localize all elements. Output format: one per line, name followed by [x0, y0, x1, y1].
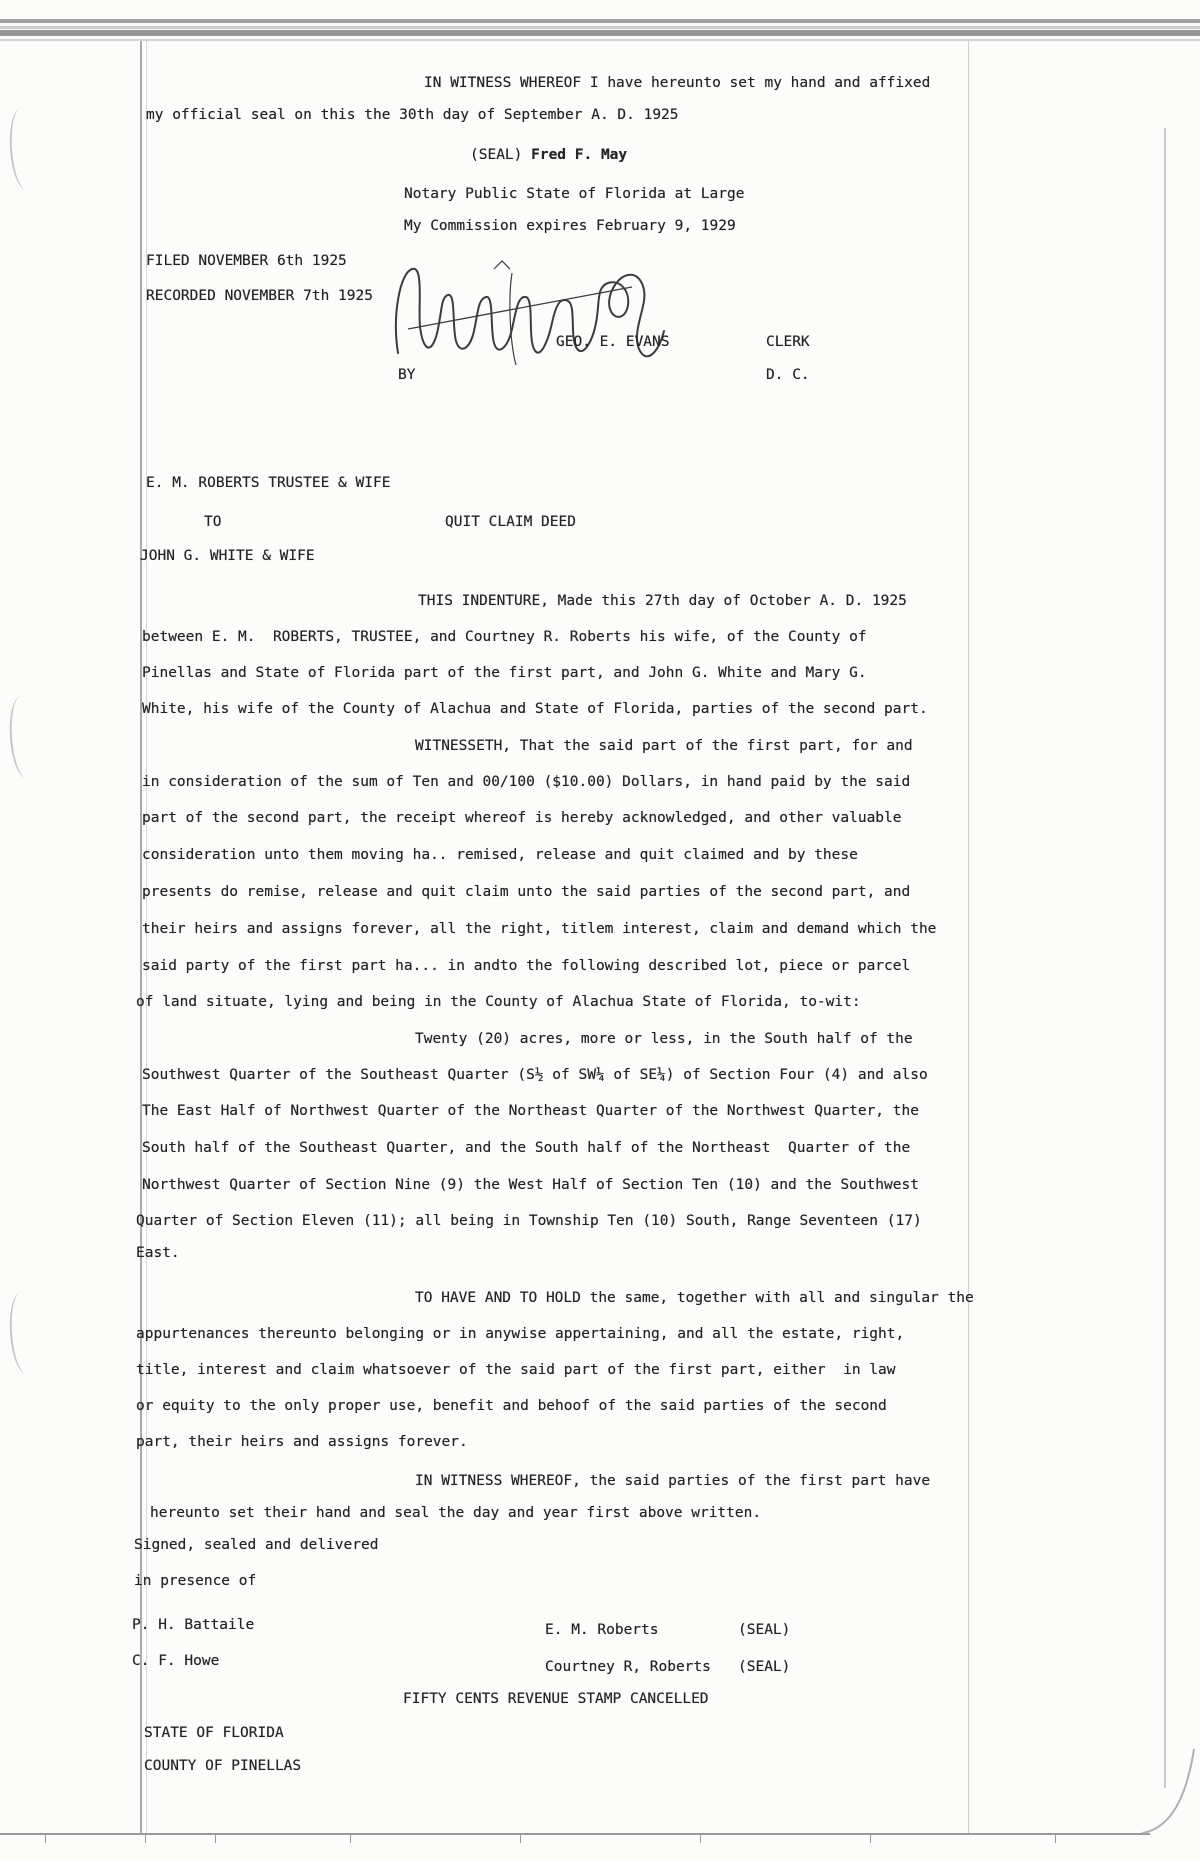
- page-curl-corner: [1140, 1745, 1200, 1837]
- deed-body-line: their heirs and assigns forever, all the…: [142, 920, 936, 938]
- deed-record-page: IN WITNESS WHEREOF I have hereunto set m…: [0, 0, 1200, 1860]
- deed-body-line: Quarter of Section Eleven (11); all bein…: [136, 1212, 922, 1230]
- bottom-tick: [350, 1835, 351, 1843]
- deed-body-line: part, their heirs and assigns forever.: [136, 1433, 468, 1451]
- deed-body-line: The East Half of Northwest Quarter of th…: [142, 1102, 919, 1120]
- notary-name: Fred F. May: [531, 147, 627, 163]
- top-rule-2: [0, 30, 1200, 36]
- document-title: QUIT CLAIM DEED: [445, 513, 576, 531]
- bottom-tick: [45, 1835, 46, 1843]
- deed-body-line: East.: [136, 1244, 180, 1262]
- deed-body-line: WITNESSETH, That the said part of the fi…: [415, 737, 913, 755]
- deed-body-line: consideration unto them moving ha.. remi…: [142, 846, 858, 864]
- filed-date-line: FILED NOVEMBER 6th 1925: [146, 252, 347, 270]
- caption-to: TO: [204, 513, 221, 531]
- clerk-name: GEO. E. EVANS: [556, 333, 670, 351]
- notary-line-5: My Commission expires February 9, 1929: [404, 217, 736, 235]
- deed-body-line: Pinellas and State of Florida part of th…: [142, 664, 867, 682]
- state-line: STATE OF FLORIDA: [144, 1724, 284, 1742]
- deed-body-line: Northwest Quarter of Section Nine (9) th…: [142, 1176, 919, 1194]
- deed-body-line: in presence of: [134, 1572, 256, 1590]
- by-label: BY: [398, 366, 415, 384]
- bottom-tick: [215, 1835, 216, 1843]
- top-rule: [0, 19, 1200, 23]
- caption-grantee: JOHN G. WHITE & WIFE: [140, 547, 315, 565]
- notary-line-1: IN WITNESS WHEREOF I have hereunto set m…: [424, 74, 930, 92]
- deed-body-line: Signed, sealed and delivered: [134, 1536, 378, 1554]
- deed-body-line: said party of the first part ha... in an…: [142, 957, 910, 975]
- deed-body-line: of land situate, lying and being in the …: [136, 993, 861, 1011]
- bottom-tick: [700, 1835, 701, 1843]
- deed-body-line: in consideration of the sum of Ten and 0…: [142, 773, 910, 791]
- revenue-stamp-line: FIFTY CENTS REVENUE STAMP CANCELLED: [403, 1690, 709, 1708]
- deed-body-line: hereunto set their hand and seal the day…: [150, 1504, 761, 1522]
- top-rule-gap: [0, 26, 1200, 29]
- deed-body-line: part of the second part, the receipt whe…: [142, 809, 902, 827]
- clerk-signature: [390, 255, 690, 370]
- deputy-clerk-initials: D. C.: [766, 366, 810, 384]
- notary-seal-line: (SEAL) Fred F. May: [470, 146, 627, 164]
- deed-body-line: Twenty (20) acres, more or less, in the …: [415, 1030, 913, 1048]
- bottom-rule: [0, 1833, 1150, 1835]
- bottom-tick: [520, 1835, 521, 1843]
- county-line: COUNTY OF PINELLAS: [144, 1757, 301, 1775]
- deed-body-line: appurtenances thereunto belonging or in …: [136, 1325, 904, 1343]
- witness-name-1: P. H. Battaile: [132, 1616, 254, 1634]
- column-rule: [968, 41, 969, 1834]
- bottom-tick: [1055, 1835, 1056, 1843]
- seal-label-1: (SEAL): [738, 1621, 790, 1639]
- notary-line-4: Notary Public State of Florida at Large: [404, 185, 744, 203]
- deed-body-line: presents do remise, release and quit cla…: [142, 883, 910, 901]
- deed-body-line: or equity to the only proper use, benefi…: [136, 1397, 887, 1415]
- deed-body-line: IN WITNESS WHEREOF, the said parties of …: [415, 1472, 930, 1490]
- witness-name-2: C. F. Howe: [132, 1652, 219, 1670]
- seal-label-2: (SEAL): [738, 1658, 790, 1676]
- deed-body-line: between E. M. ROBERTS, TRUSTEE, and Cour…: [142, 628, 867, 646]
- top-rule-3: [0, 39, 1200, 41]
- margin-curl-mark: [7, 695, 41, 779]
- deed-body-line: White, his wife of the County of Alachua…: [142, 700, 928, 718]
- notary-line-2: my official seal on this the 30th day of…: [146, 106, 679, 124]
- seal-prefix: (SEAL): [470, 147, 531, 163]
- deed-body-line: THIS INDENTURE, Made this 27th day of Oc…: [418, 592, 907, 610]
- bottom-tick: [145, 1835, 146, 1843]
- page-edge-rule: [1164, 128, 1166, 1788]
- clerk-title: CLERK: [766, 333, 810, 351]
- deed-body-line: South half of the Southeast Quarter, and…: [142, 1139, 910, 1157]
- signer-name-2: Courtney R, Roberts: [545, 1658, 711, 1676]
- caption-grantor: E. M. ROBERTS TRUSTEE & WIFE: [146, 474, 390, 492]
- margin-curl-mark: [7, 107, 41, 191]
- deed-body-line: title, interest and claim whatsoever of …: [136, 1361, 896, 1379]
- bottom-tick: [870, 1835, 871, 1843]
- deed-body-line: Southwest Quarter of the Southeast Quart…: [142, 1066, 928, 1084]
- deed-body-line: TO HAVE AND TO HOLD the same, together w…: [415, 1289, 974, 1307]
- recorded-date-line: RECORDED NOVEMBER 7th 1925: [146, 287, 373, 305]
- margin-curl-mark: [7, 1291, 41, 1375]
- signer-name-1: E. M. Roberts: [545, 1621, 659, 1639]
